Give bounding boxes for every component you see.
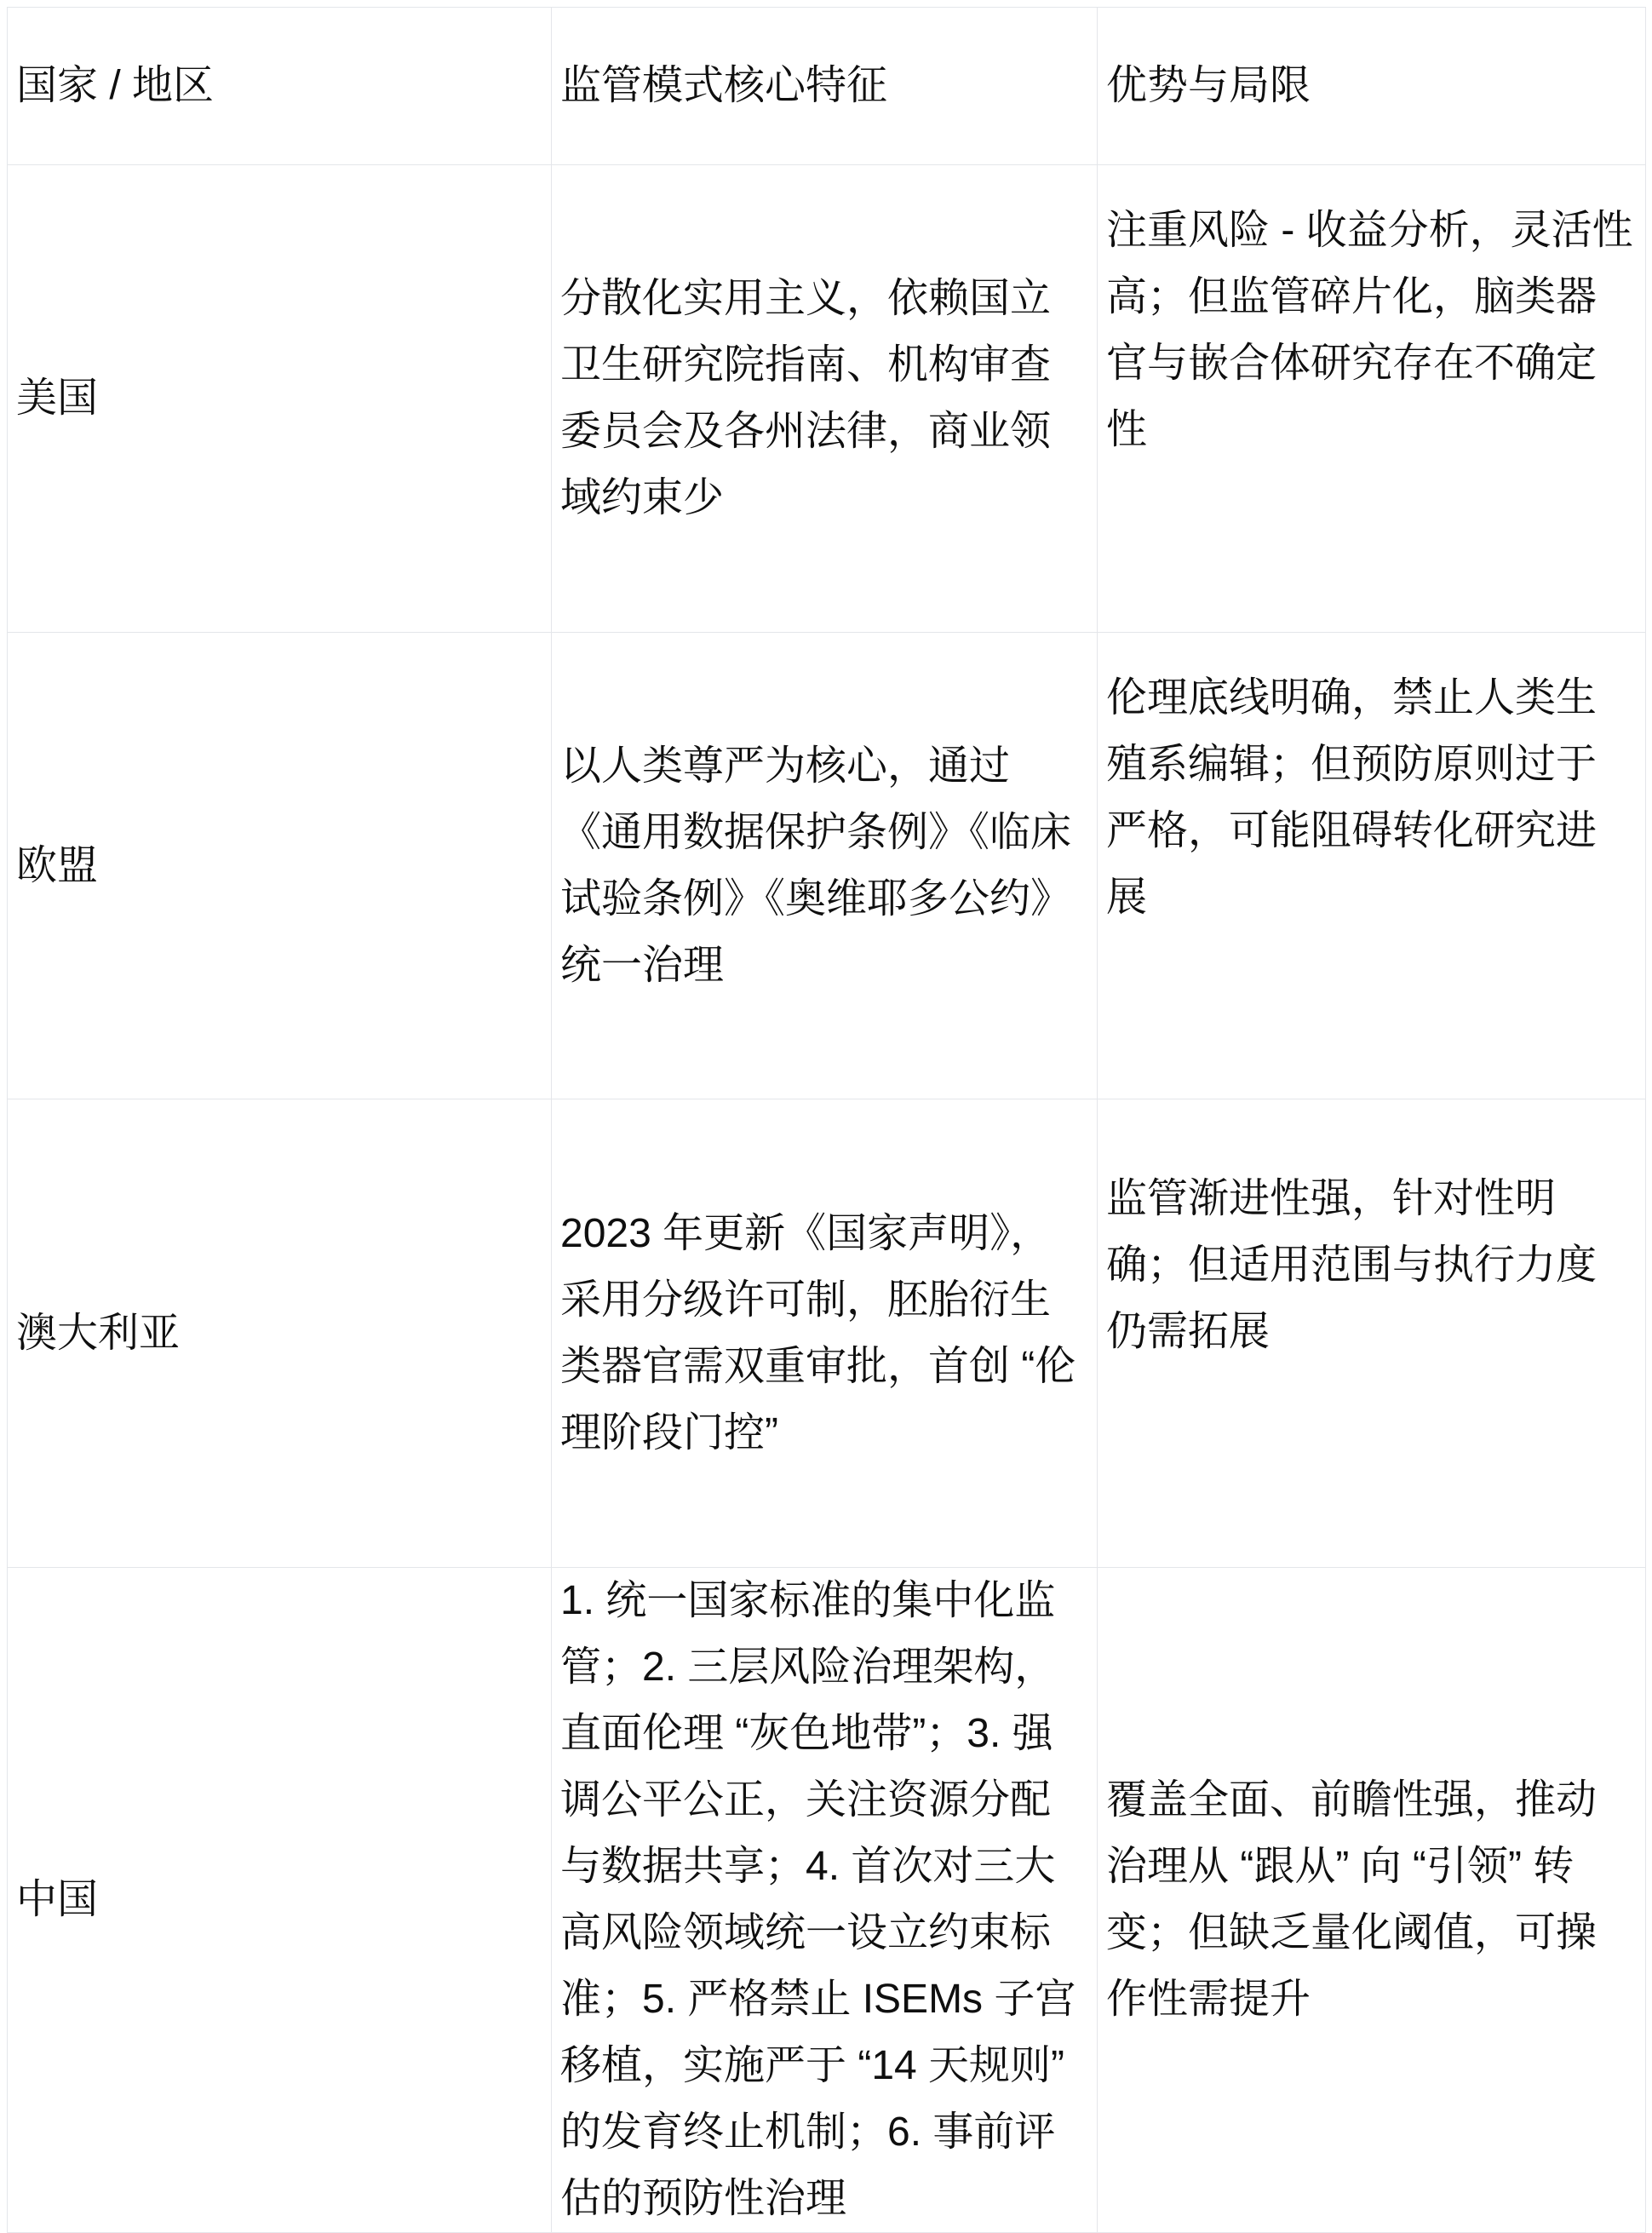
cell-features: 以人类尊严为核心，通过《通用数据保护条例》《临床试验条例》《奥维耶多公约》统一治…	[552, 633, 1098, 1099]
pros-cons-text: 监管渐进性强，针对性明确；但适用范围与执行力度仍需拓展	[1106, 1166, 1637, 1365]
cell-pros-cons: 监管渐进性强，针对性明确；但适用范围与执行力度仍需拓展	[1098, 1099, 1646, 1568]
header-cell-region: 国家 / 地区	[8, 8, 552, 165]
cell-pros-cons: 注重风险 - 收益分析，灵活性高；但监管碎片化，脑类器官与嵌合体研究存在不确定性	[1098, 165, 1646, 633]
header-cell-features: 监管模式核心特征	[552, 8, 1098, 165]
pros-cons-text: 覆盖全面、前瞻性强，推动治理从 “跟从” 向 “引领” 转变；但缺乏量化阈值，可…	[1106, 1767, 1637, 2033]
cell-region: 欧盟	[8, 633, 552, 1099]
header-cell-pros-cons: 优势与局限	[1098, 8, 1646, 165]
table-row-us: 美国 分散化实用主义，依赖国立卫生研究院指南、机构审查委员会及各州法律，商业领域…	[8, 165, 1646, 633]
cell-features: 1. 统一国家标准的集中化监管；2. 三层风险治理架构，直面伦理 “灰色地带”；…	[552, 1568, 1098, 2233]
cell-features: 2023 年更新《国家声明》，采用分级许可制，胚胎衍生类器官需双重审批，首创 “…	[552, 1099, 1098, 1568]
cell-pros-cons: 伦理底线明确，禁止人类生殖系编辑；但预防原则过于严格，可能阻碍转化研究进展	[1098, 633, 1646, 1099]
cell-features: 分散化实用主义，依赖国立卫生研究院指南、机构审查委员会及各州法律，商业领域约束少	[552, 165, 1098, 633]
cell-region: 中国	[8, 1568, 552, 2233]
table-row-cn: 中国 1. 统一国家标准的集中化监管；2. 三层风险治理架构，直面伦理 “灰色地…	[8, 1568, 1646, 2233]
header-row: 国家 / 地区 监管模式核心特征 优势与局限	[8, 8, 1646, 165]
table-row-au: 澳大利亚 2023 年更新《国家声明》，采用分级许可制，胚胎衍生类器官需双重审批…	[8, 1099, 1646, 1568]
table-row-eu: 欧盟 以人类尊严为核心，通过《通用数据保护条例》《临床试验条例》《奥维耶多公约》…	[8, 633, 1646, 1099]
pros-cons-text: 伦理底线明确，禁止人类生殖系编辑；但预防原则过于严格，可能阻碍转化研究进展	[1106, 665, 1637, 931]
regulation-comparison-table: 国家 / 地区 监管模式核心特征 优势与局限 美国 分散化实用主义，依赖国立卫生…	[7, 7, 1646, 2233]
cell-pros-cons: 覆盖全面、前瞻性强，推动治理从 “跟从” 向 “引领” 转变；但缺乏量化阈值，可…	[1098, 1568, 1646, 2233]
cell-region: 澳大利亚	[8, 1099, 552, 1568]
cell-region: 美国	[8, 165, 552, 633]
pros-cons-text: 注重风险 - 收益分析，灵活性高；但监管碎片化，脑类器官与嵌合体研究存在不确定性	[1106, 198, 1637, 463]
